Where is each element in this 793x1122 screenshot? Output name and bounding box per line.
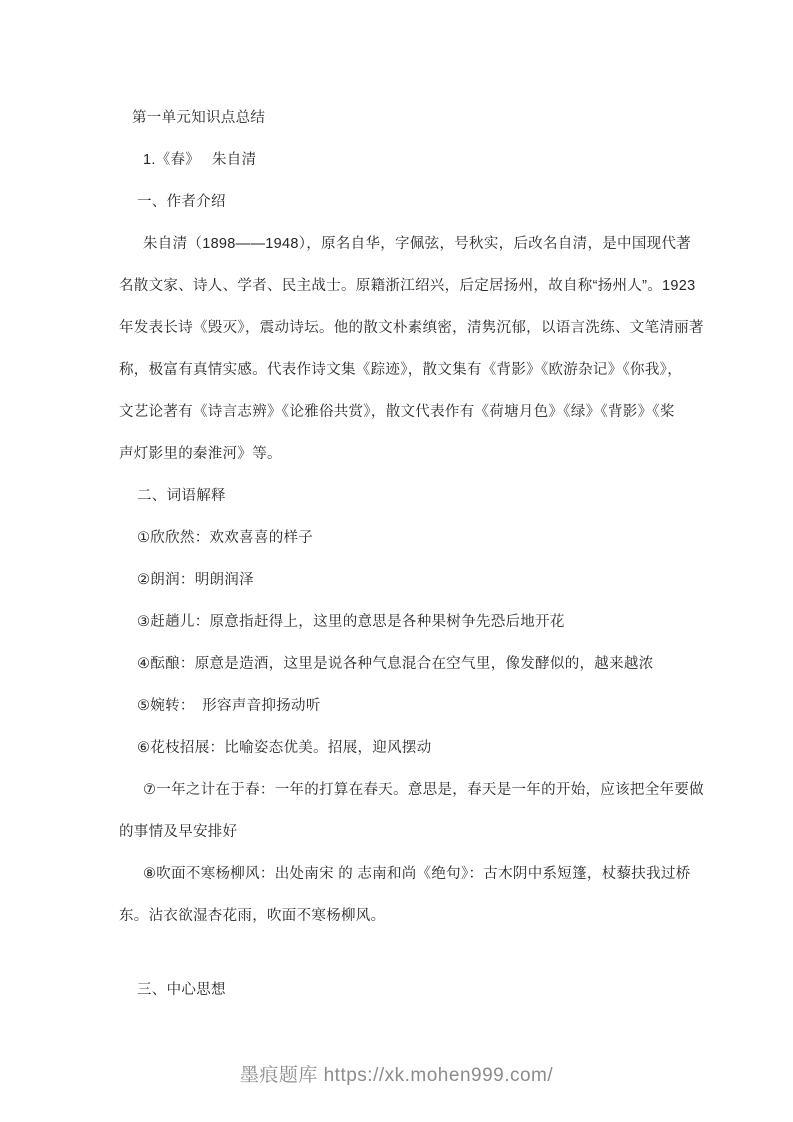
page-footer: 墨痕题库 https://xk.mohen999.com/	[0, 1059, 793, 1093]
document-body: 第一单元知识点总结 1.《春》 朱自清 一、作者介绍 朱自清（1898——194…	[119, 97, 693, 1011]
section-2-heading: 二、词语解释	[119, 475, 693, 517]
author-paragraph-line-1: 朱自清（1898——1948），原名自华，字佩弦，号秋实，后改名自清，是中国现代…	[119, 223, 693, 265]
definition-item-8-line-1: ⑧吹面不寒杨柳风：出处南宋 的 志南和尚《绝句》：古木阴中系短篷，杖藜扶我过桥	[119, 853, 693, 895]
doc-title: 第一单元知识点总结	[119, 97, 693, 139]
footer-watermark-text: 墨痕题库 https://xk.mohen999.com/	[240, 1065, 553, 1086]
definition-item-6: ⑥花枝招展：比喻姿态优美。招展，迎风摆动	[119, 727, 693, 769]
definition-item-4: ④酝酿：原意是造酒，这里是说各种气息混合在空气里，像发酵似的，越来越浓	[119, 643, 693, 685]
definition-item-8-line-2: 东。沾衣欲湿杏花雨，吹面不寒杨柳风。	[119, 895, 693, 937]
section-1-heading: 一、作者介绍	[119, 181, 693, 223]
author-paragraph-line-2: 名散文家、诗人、学者、民主战士。原籍浙江绍兴，后定居扬州，故自称“扬州人”。19…	[119, 265, 693, 307]
definition-item-2: ②朗润：明朗润泽	[119, 559, 693, 601]
author-paragraph-line-3: 年发表长诗《毁灭》，震动诗坛。他的散文朴素缜密，清隽沉郁，以语言洗练、文笔清丽著	[119, 307, 693, 349]
document-page: 第一单元知识点总结 1.《春》 朱自清 一、作者介绍 朱自清（1898——194…	[0, 0, 793, 1122]
definition-item-1: ①欣欣然：欢欢喜喜的样子	[119, 517, 693, 559]
lesson-title-line: 1.《春》 朱自清	[119, 139, 693, 181]
author-paragraph-line-6: 声灯影里的秦淮河》等。	[119, 433, 693, 475]
definition-item-5: ⑤婉转： 形容声音抑扬动听	[119, 685, 693, 727]
blank-line	[119, 937, 693, 969]
section-3-heading: 三、中心思想	[119, 969, 693, 1011]
definition-item-7-line-1: ⑦一年之计在于春：一年的打算在春天。意思是，春天是一年的开始，应该把全年要做	[119, 769, 693, 811]
author-paragraph-line-5: 文艺论著有《诗言志辨》《论雅俗共赏》，散文代表作有《荷塘月色》《绿》《背影》《桨	[119, 391, 693, 433]
definition-item-7-line-2: 的事情及早安排好	[119, 811, 693, 853]
definition-item-3: ③赶趟儿：原意指赶得上，这里的意思是各种果树争先恐后地开花	[119, 601, 693, 643]
author-paragraph-line-4: 称，极富有真情实感。代表作诗文集《踪迹》，散文集有《背影》《欧游杂记》《你我》，	[119, 349, 693, 391]
